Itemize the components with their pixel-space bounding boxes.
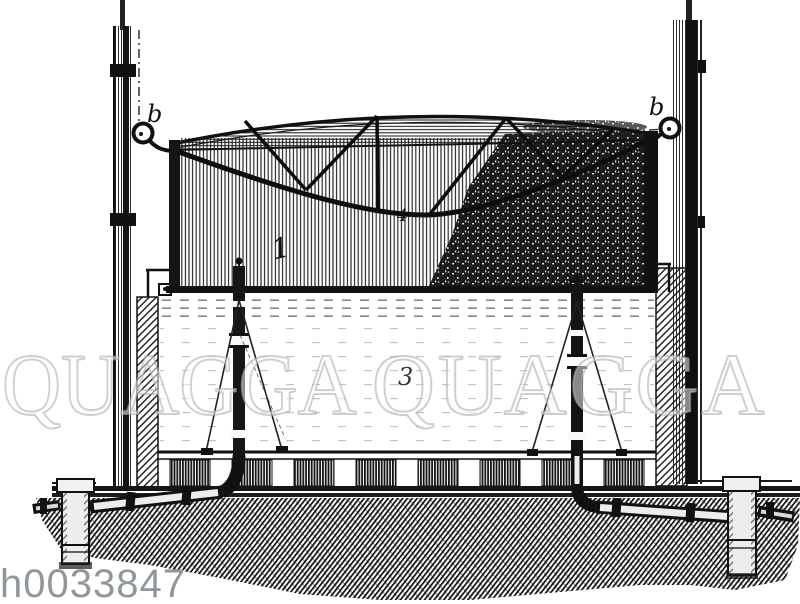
valve-pot-right bbox=[723, 477, 760, 579]
label-truss-rod: 4 bbox=[396, 206, 408, 226]
pipe-coupling bbox=[125, 492, 136, 512]
label-pulley-right: b bbox=[649, 93, 664, 121]
label-water-tank: 3 bbox=[398, 363, 413, 391]
post-clip bbox=[110, 64, 136, 77]
bell-side-right bbox=[644, 131, 658, 290]
post-clip bbox=[698, 60, 706, 73]
gasometer-illustration: b b 1 4 3 bbox=[0, 0, 800, 604]
post-clip bbox=[110, 213, 136, 226]
tank-wall-left bbox=[137, 297, 158, 487]
pipe-coupling bbox=[611, 498, 621, 518]
pipe-coupling bbox=[181, 486, 192, 506]
engraving-canvas: b b 1 4 3 QUAGGA QUAGGA h0033847 bbox=[0, 0, 800, 604]
bell-side-left bbox=[169, 140, 180, 290]
label-pulley-left: b bbox=[147, 100, 162, 128]
valve-pot-left bbox=[57, 479, 94, 569]
catalog-id: h0033847 bbox=[0, 562, 186, 604]
pipe-coupling bbox=[685, 503, 695, 523]
tank-wall-right bbox=[656, 268, 687, 486]
post-clip bbox=[698, 216, 705, 228]
